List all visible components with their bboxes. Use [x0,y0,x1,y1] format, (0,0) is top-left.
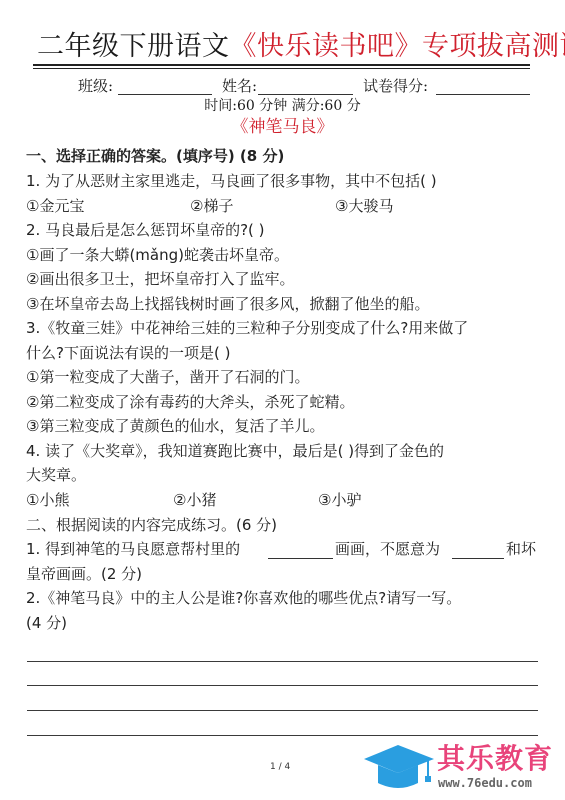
answer-line-1[interactable] [27,661,538,662]
time-and-score-info: 时间:60 分钟 满分:60 分 [0,97,565,115]
question-1-4-line1: 4. 读了《大奖章》，我知道赛跑比赛中，最后是( )得到了金色的 [26,441,444,461]
score-label: 试卷得分: [363,76,428,96]
class-label: 班级: [78,76,113,96]
question-2-2-points: (4 分) [26,613,67,633]
book-subtitle: 《神笔马良》 [0,116,565,138]
question-2-2: 2.《神笔马良》中的主人公是谁?你喜欢他的哪些优点?请写一写。 [26,588,461,608]
answer-line-4[interactable] [27,735,538,736]
exam-title-grade: 二年级下册语文 [37,31,230,62]
q1-4-option-3: ③小驴 [318,490,361,510]
question-2-1-line2: 皇帝画画。(2 分) [26,564,142,584]
q1-2-option-3: ③在坏皇帝去岛上找摇钱树时画了很多风，掀翻了他坐的船。 [26,294,429,314]
q1-1-option-3: ③大骏马 [335,196,393,216]
exam-title-topic: 《快乐读书吧》专项拔高测试 [230,31,565,62]
title-double-rule-bottom [33,68,530,69]
q2-1-blank-2[interactable] [452,558,504,559]
q1-2-option-2: ②画出很多卫士，把坏皇帝打入了监牢。 [26,269,294,289]
q1-2-option-1: ①画了一条大蟒(mǎng)蛇袭击坏皇帝。 [26,245,289,265]
question-1-4-line2: 大奖章。 [26,465,86,485]
q1-3-option-1: ①第一粒变成了大凿子，凿开了石洞的门。 [26,367,309,387]
page-number: 1 / 4 [270,762,290,772]
question-2-1-part3: 和坏 [506,539,536,559]
class-field[interactable] [118,94,212,95]
exam-title: 二年级下册语文《快乐读书吧》专项拔高测试 [37,30,565,64]
question-1-3-line2: 什么?下面说法有误的一项是( ) [26,343,230,363]
question-1-3-line1: 3.《牧童三娃》中花神给三娃的三粒种子分别变成了什么?用来做了 [26,318,468,338]
q1-4-option-2: ②小猪 [173,490,216,510]
q1-4-option-1: ①小熊 [26,490,69,510]
logo-url: www.76edu.com [438,776,532,790]
question-2-1-part1: 1. 得到神笔的马良愿意帮村里的 [26,539,240,559]
question-2-1-part2: 画画，不愿意为 [335,539,440,559]
q1-1-option-2: ②梯子 [190,196,233,216]
q1-3-option-3: ③第三粒变成了黄颜色的仙水，复活了羊儿。 [26,416,324,436]
question-1-1: 1. 为了从恶财主家里逃走，马良画了很多事物，其中不包括( ) [26,171,437,191]
q1-1-option-1: ①金元宝 [26,196,84,216]
score-field[interactable] [436,94,530,95]
section-2-heading: 二、根据阅读的内容完成练习。(6 分) [26,515,277,535]
name-label: 姓名: [222,76,257,96]
q2-1-blank-1[interactable] [268,558,333,559]
answer-line-3[interactable] [27,710,538,711]
section-1-heading: 一、选择正确的答案。(填序号) (8 分) [26,146,284,166]
question-1-2: 2. 马良最后是怎么惩罚坏皇帝的?( ) [26,220,265,240]
name-field[interactable] [258,94,353,95]
q1-3-option-2: ②第二粒变成了涂有毒药的大斧头，杀死了蛇精。 [26,392,354,412]
title-double-rule-top [33,64,530,66]
graduation-cap-icon [362,743,436,793]
logo-brand-name: 其乐教育 [437,743,553,775]
answer-line-2[interactable] [27,685,538,686]
